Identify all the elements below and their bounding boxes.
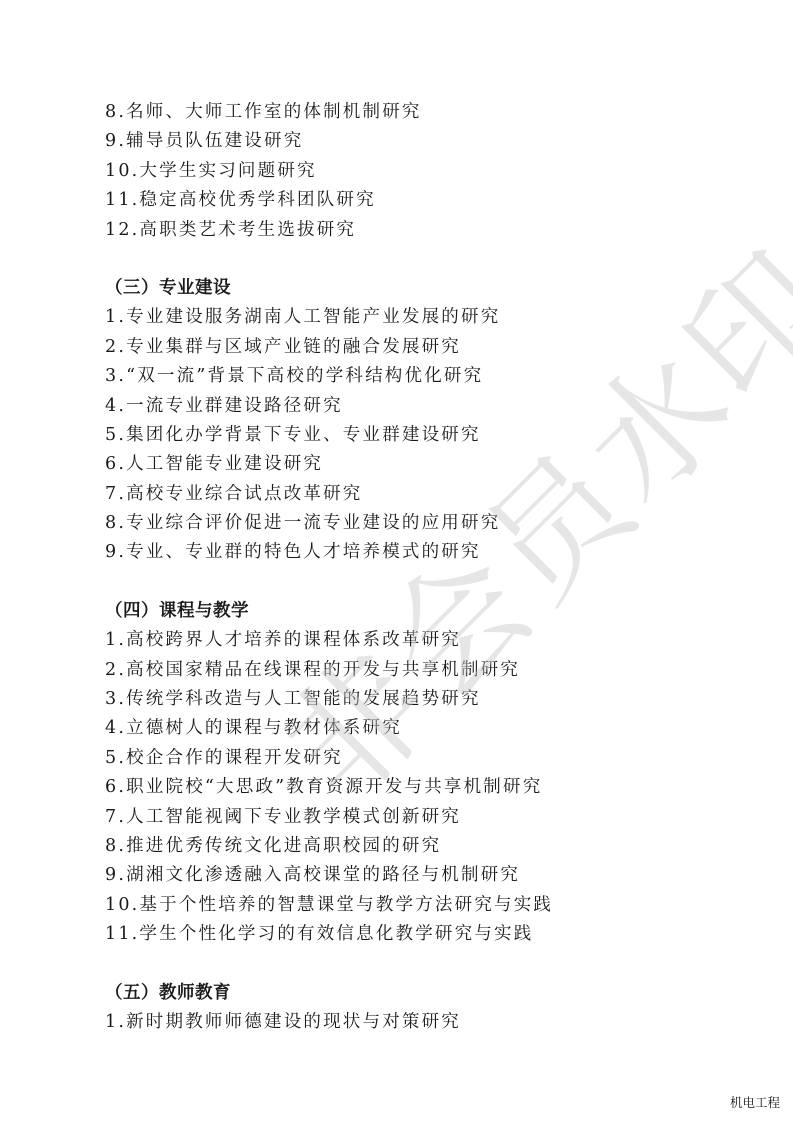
list-item: 8.名师、大师工作室的体制机制研究	[105, 98, 665, 127]
list-item: 9.专业、专业群的特色人才培养模式的研究	[105, 538, 665, 567]
list-item: 6.人工智能专业建设研究	[105, 450, 665, 479]
list-item: 2.专业集群与区域产业链的融合发展研究	[105, 333, 665, 362]
list-item: 10.基于个性培养的智慧课堂与教学方法研究与实践	[105, 891, 665, 920]
list-item: 5.集团化办学背景下专业、专业群建设研究	[105, 421, 665, 450]
continued-list: 8.名师、大师工作室的体制机制研究 9.辅导员队伍建设研究 10.大学生实习问题…	[105, 98, 665, 245]
list-item: 11.稳定高校优秀学科团队研究	[105, 186, 665, 215]
list-item: 10.大学生实习问题研究	[105, 157, 665, 186]
list-item: 7.高校专业综合试点改革研究	[105, 480, 665, 509]
list-item: 5.校企合作的课程开发研究	[105, 744, 665, 773]
list-item: 3.传统学科改造与人工智能的发展趋势研究	[105, 685, 665, 714]
list-item: 4.一流专业群建设路径研究	[105, 392, 665, 421]
list-item: 9.湖湘文化渗透融入高校课堂的路径与机制研究	[105, 861, 665, 890]
list-item: 11.学生个性化学习的有效信息化教学研究与实践	[105, 920, 665, 949]
page-footer-label: 机电工程	[730, 1093, 780, 1111]
section-major-construction: （三）专业建设 1.专业建设服务湖南人工智能产业发展的研究 2.专业集群与区域产…	[105, 274, 665, 568]
section-curriculum-teaching: （四）课程与教学 1.高校跨界人才培养的课程体系改革研究 2.高校国家精品在线课…	[105, 597, 665, 950]
list-item: 2.高校国家精品在线课程的开发与共享机制研究	[105, 656, 665, 685]
document-page: 8.名师、大师工作室的体制机制研究 9.辅导员队伍建设研究 10.大学生实习问题…	[0, 0, 793, 1122]
list-item: 3.“双一流”背景下高校的学科结构优化研究	[105, 362, 665, 391]
list-item: 1.高校跨界人才培养的课程体系改革研究	[105, 626, 665, 655]
section-heading: （三）专业建设	[105, 274, 665, 303]
list-item: 6.职业院校“大思政”教育资源开发与共享机制研究	[105, 773, 665, 802]
list-item: 1.专业建设服务湖南人工智能产业发展的研究	[105, 303, 665, 332]
list-item: 1.新时期教师师德建设的现状与对策研究	[105, 1008, 665, 1037]
list-item: 8.专业综合评价促进一流专业建设的应用研究	[105, 509, 665, 538]
section-teacher-education: （五）教师教育 1.新时期教师师德建设的现状与对策研究	[105, 979, 665, 1038]
list-item: 4.立德树人的课程与教材体系研究	[105, 714, 665, 743]
document-body: 8.名师、大师工作室的体制机制研究 9.辅导员队伍建设研究 10.大学生实习问题…	[105, 98, 665, 1037]
list-item: 7.人工智能视阈下专业教学模式创新研究	[105, 803, 665, 832]
list-item: 8.推进优秀传统文化进高职校园的研究	[105, 832, 665, 861]
list-item: 12.高职类艺术考生选拔研究	[105, 216, 665, 245]
section-heading: （四）课程与教学	[105, 597, 665, 626]
section-heading: （五）教师教育	[105, 979, 665, 1008]
list-item: 9.辅导员队伍建设研究	[105, 127, 665, 156]
